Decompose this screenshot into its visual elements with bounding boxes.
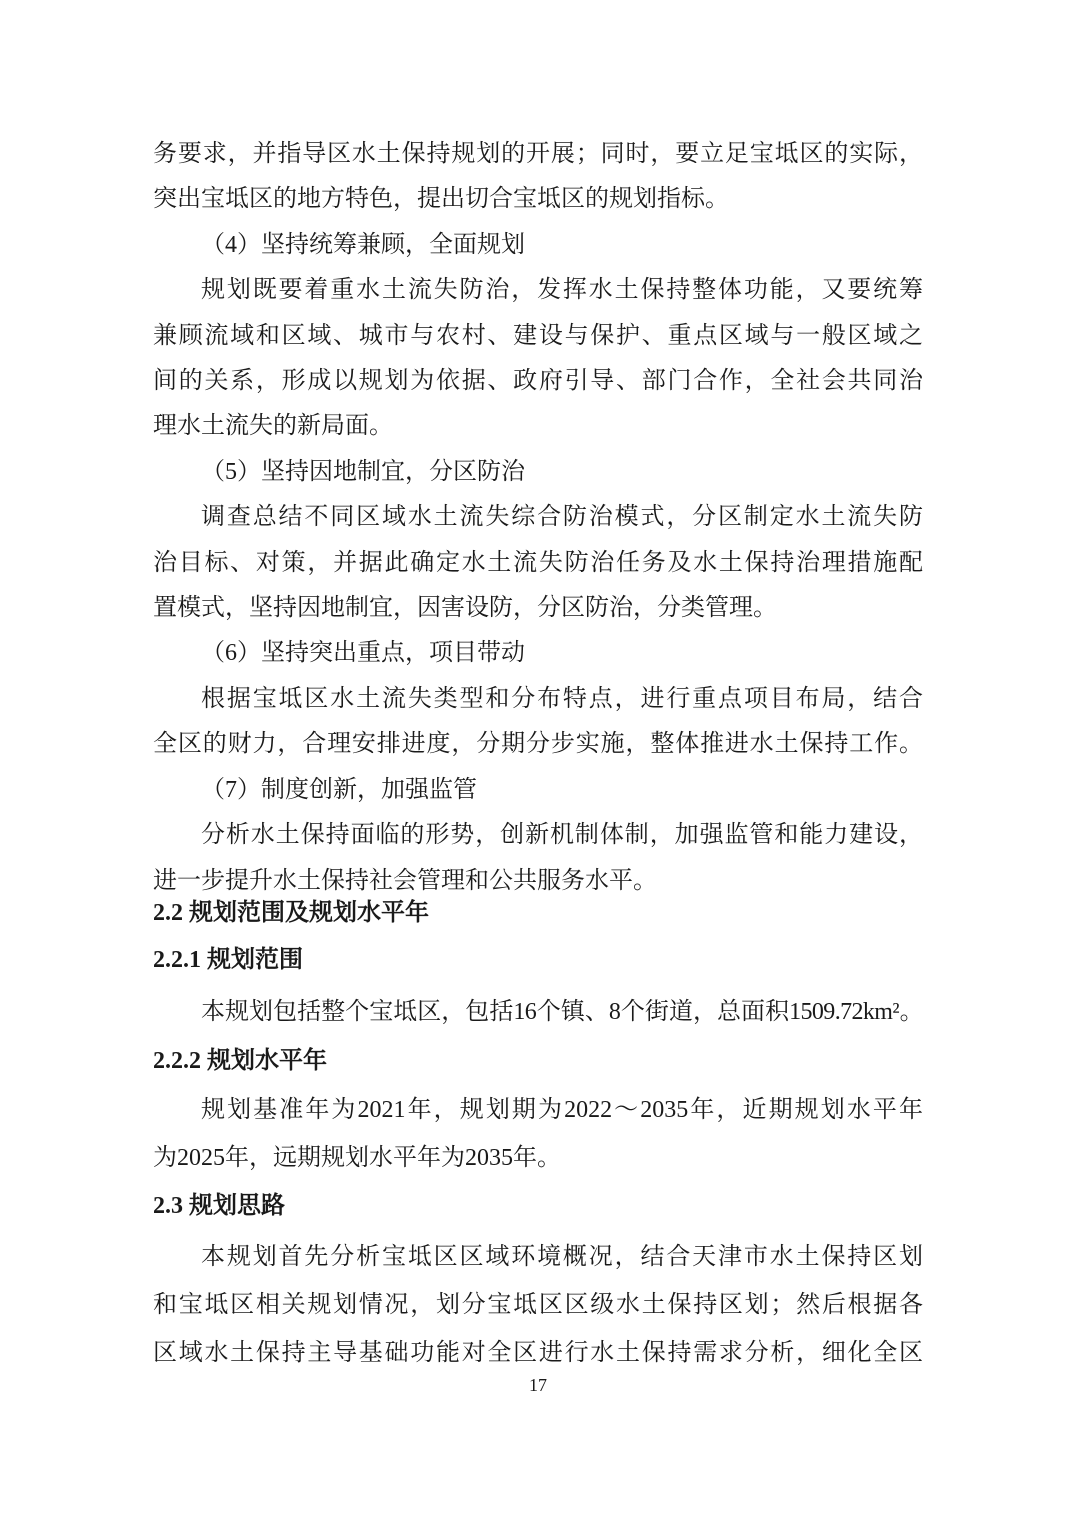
body-line: 规划既要着重水土流失防治，发挥水土保持整体功能，又要统筹 [153,268,923,313]
item-heading-5: （5）坚持因地制宜，分区防治 [153,450,923,495]
body-line: 治目标、对策，并据此确定水土流失防治任务及水土保持治理措施配 [153,541,923,586]
body-line: 务要求，并指导区水土保持规划的开展；同时，要立足宝坻区的实际， [153,132,923,177]
section-heading-2-2-2: 2.2.2 规划水平年 [153,1036,923,1086]
body-line: 理水土流失的新局面。 [153,404,923,449]
body-line: 全区的财力，合理安排进度，分期分步实施，整体推进水土保持工作。 [153,722,923,767]
body-line: 和宝坻区相关规划情况，划分宝坻区区级水土保持区划；然后根据各 [153,1281,923,1329]
document-page: 务要求，并指导区水土保持规划的开展；同时，要立足宝坻区的实际， 突出宝坻区的地方… [0,0,1074,1520]
body-line: 为2025年，远期规划水平年为2035年。 [153,1134,923,1182]
body-line: 分析水土保持面临的形势，创新机制体制，加强监管和能力建设， [153,813,923,858]
body-line: 兼顾流域和区域、城市与农村、建设与保护、重点区域与一般区域之 [153,314,923,359]
section-heading-2-2-1: 2.2.1 规划范围 [153,932,923,988]
body-line: 本规划包括整个宝坻区，包括16个镇、8个街道，总面积1509.72km²。 [153,988,923,1036]
item-heading-6: （6）坚持突出重点，项目带动 [153,631,923,676]
body-line: 调查总结不同区域水土流失综合防治模式，分区制定水土流失防 [153,495,923,540]
body-line: 区域水土保持主导基础功能对全区进行水土保持需求分析，细化全区 [153,1329,923,1377]
body-line: 根据宝坻区水土流失类型和分布特点，进行重点项目布局，结合 [153,677,923,722]
body-line: 突出宝坻区的地方特色，提出切合宝坻区的规划指标。 [153,177,923,222]
section-heading-2-3: 2.3 规划思路 [153,1182,923,1230]
item-heading-7: （7）制度创新，加强监管 [153,768,923,813]
body-line: 置模式，坚持因地制宜，因害设防，分区防治，分类管理。 [153,586,923,631]
body-line: 规划基准年为2021年，规划期为2022～2035年，近期规划水平年 [153,1086,923,1134]
body-line: 本规划首先分析宝坻区区域环境概况，结合天津市水土保持区划 [153,1233,923,1281]
item-heading-4: （4）坚持统筹兼顾，全面规划 [153,223,923,268]
page-number: 17 [153,1377,923,1394]
body-line: 间的关系，形成以规划为依据、政府引导、部门合作，全社会共同治 [153,359,923,404]
